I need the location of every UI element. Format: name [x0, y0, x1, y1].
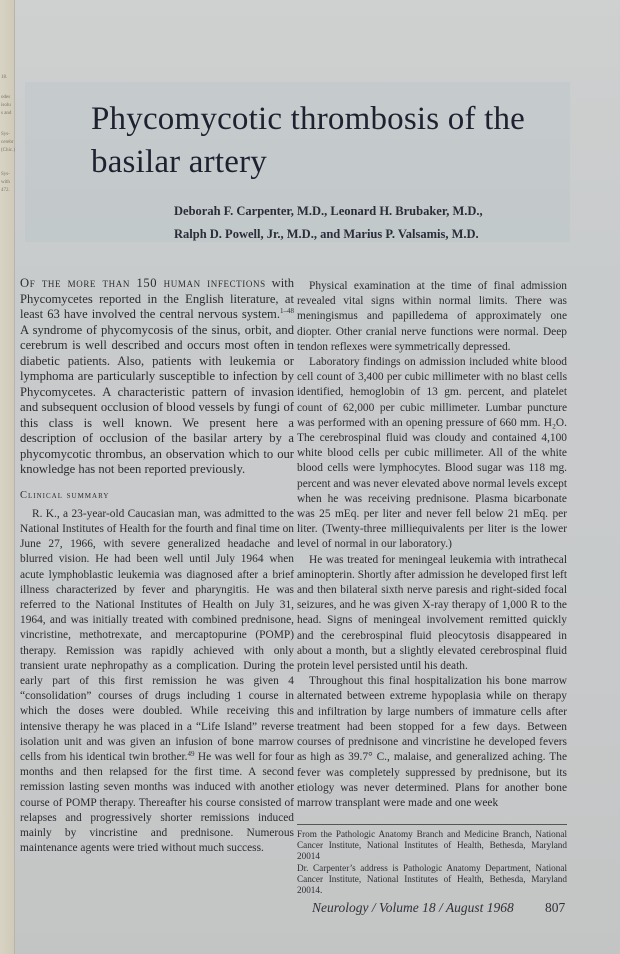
clinical-summary-paragraph: R. K., a 23-year-old Caucasian man, was …	[20, 507, 294, 857]
margin-fragment: s and	[1, 111, 11, 117]
right-column: Physical examination at the time of fina…	[297, 279, 567, 811]
reference-marker: 1–48	[280, 307, 294, 315]
previous-page-edge: 18. odes isolu s and Sys- cerebr (Chic.)…	[0, 0, 15, 954]
physical-exam-paragraph: Physical examination at the time of fina…	[297, 279, 567, 355]
article-title: Phycomycotic thrombosis of the basilar a…	[91, 98, 561, 184]
hospitalization-paragraph: Throughout this final hospitalization hi…	[297, 674, 567, 811]
left-column: Of the more than 150 human infections wi…	[20, 276, 294, 856]
treatment-paragraph: He was treated for meningeal leukemia wi…	[297, 553, 567, 675]
margin-fragment: 472.	[1, 188, 10, 194]
intro-paragraph: Of the more than 150 human infections wi…	[20, 276, 294, 478]
clinical-text-cont: He was well for four months and then rel…	[20, 751, 294, 854]
margin-fragment: 18.	[1, 75, 7, 81]
margin-fragment: Sys-	[1, 172, 10, 178]
section-heading-clinical-summary: Clinical summary	[20, 488, 294, 503]
journal-page: Phycomycotic thrombosis of the basilar a…	[15, 0, 620, 954]
laboratory-findings-paragraph: Laboratory findings on admission include…	[297, 355, 567, 553]
footnotes: From the Pathologic Anatomy Branch and M…	[297, 829, 567, 898]
clinical-text: R. K., a 23-year-old Caucasian man, was …	[20, 508, 294, 763]
footnote-divider	[297, 824, 567, 825]
authors-line-1: Deborah F. Carpenter, M.D., Leonard H. B…	[174, 200, 483, 223]
footnote-affiliation: From the Pathologic Anatomy Branch and M…	[297, 829, 567, 861]
footnote-address: Dr. Carpenter’s address is Pathologic An…	[297, 863, 567, 895]
author-list: Deborah F. Carpenter, M.D., Leonard H. B…	[174, 200, 483, 246]
running-footer: Neurology / Volume 18 / August 1968	[312, 900, 514, 916]
margin-fragment: with	[1, 180, 10, 186]
intro-lead-in: Of the more than 150 human infections	[20, 276, 266, 290]
margin-fragment: (Chic.)	[1, 148, 15, 154]
margin-fragment: cerebr	[1, 140, 14, 146]
margin-fragment: Sys-	[1, 132, 10, 138]
intro-text-cont: A syndrome of phycomycosis of the sinus,…	[20, 323, 294, 477]
margin-fragment: odes	[1, 95, 10, 101]
reference-marker: 49	[188, 750, 195, 758]
authors-line-2: Ralph D. Powell, Jr., M.D., and Marius P…	[174, 223, 483, 246]
margin-fragment: isolu	[1, 103, 11, 109]
page-number: 807	[545, 900, 565, 916]
